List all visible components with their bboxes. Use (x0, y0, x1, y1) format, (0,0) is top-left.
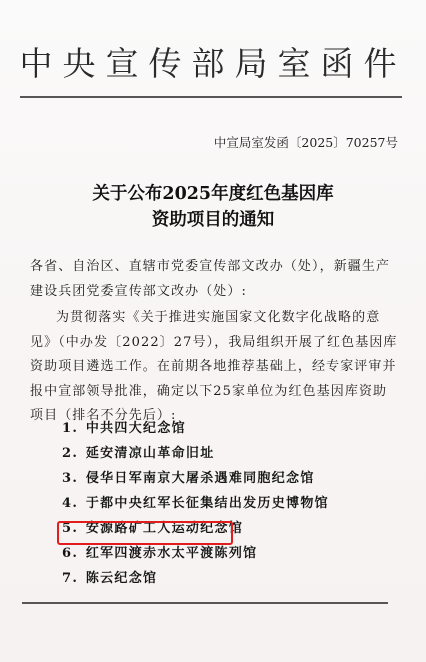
list-item: 1. 中共四大纪念馆 (62, 416, 329, 441)
body-paragraph: 为贯彻落实《关于推进实施国家文化数字化战略的意见》（中办发〔2022〕27号），… (30, 306, 400, 429)
list-item-name: 陈云纪念馆 (86, 571, 158, 586)
masthead-title: 中央宣传部局室函件 (0, 38, 426, 85)
notice-title-line1: 关于公布2025年度红色基因库 (0, 180, 426, 205)
highlight-box (57, 521, 233, 545)
list-item: 3. 侵华日军南京大屠杀遇难同胞纪念馆 (62, 466, 329, 491)
list-item: 7. 陈云纪念馆 (62, 566, 329, 591)
document-number: 中宣局室发函〔2025〕70257号 (214, 133, 398, 151)
footer-divider (22, 602, 388, 604)
document-page: 中央宣传部局室函件 中宣局室发函〔2025〕70257号 关于公布2025年度红… (0, 0, 426, 662)
salutation: 各省、自治区、直辖市党委宣传部文改办（处），新疆生产建设兵团党委宣传部文改办（处… (30, 255, 400, 304)
list-item-name: 延安清凉山革命旧址 (86, 446, 215, 461)
list-item: 4. 于都中央红军长征集结出发历史博物馆 (62, 491, 329, 516)
list-item-name: 侵华日军南京大屠杀遇难同胞纪念馆 (86, 471, 315, 486)
notice-title-line2: 资助项目的通知 (0, 206, 426, 231)
list-item: 2. 延安清凉山革命旧址 (62, 441, 329, 466)
list-item-name: 于都中央红军长征集结出发历史博物馆 (86, 496, 329, 511)
project-list: 1. 中共四大纪念馆 2. 延安清凉山革命旧址 3. 侵华日军南京大屠杀遇难同胞… (62, 416, 329, 591)
list-item-name: 中共四大纪念馆 (86, 421, 186, 436)
list-item-name: 红军四渡赤水太平渡陈列馆 (86, 546, 258, 561)
header-divider (20, 96, 402, 98)
